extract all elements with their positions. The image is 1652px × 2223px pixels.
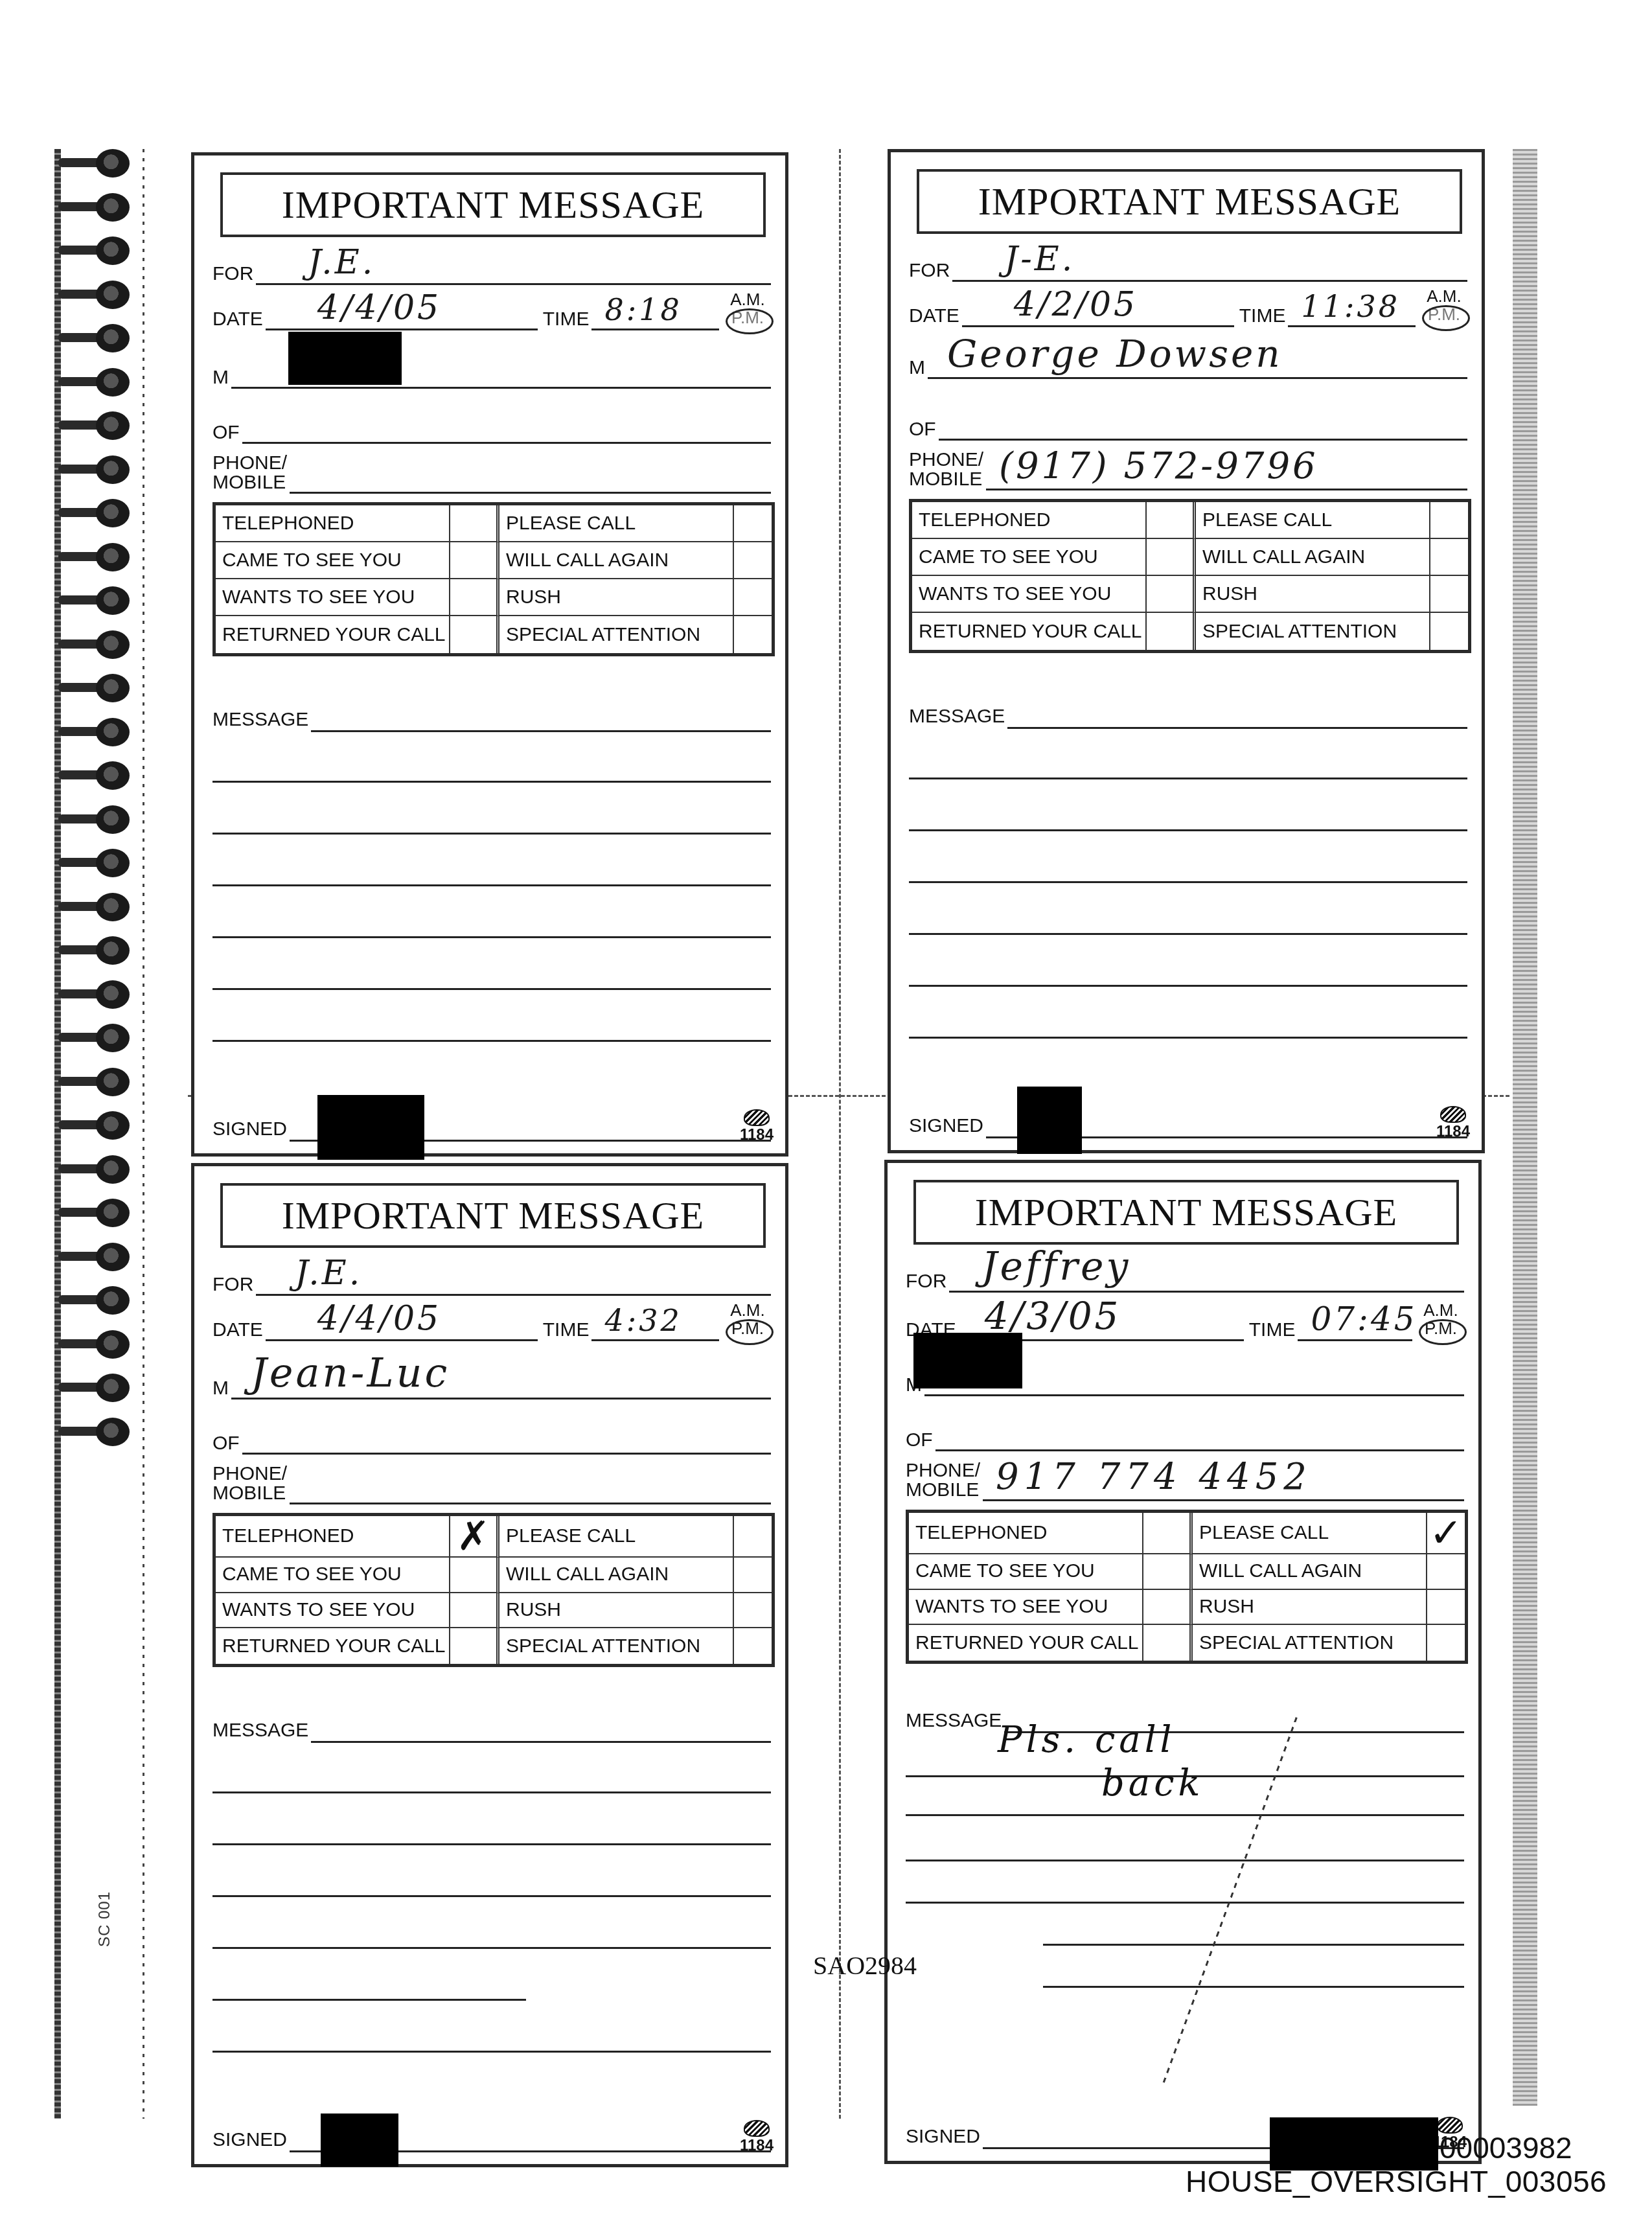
spiral-ring xyxy=(58,1374,136,1399)
spiral-ring xyxy=(58,236,136,262)
checkbox-table: TELEPHONEDPLEASE CALLCAME TO SEE YOUWILL… xyxy=(909,499,1471,653)
title-box: IMPORTANT MESSAGE xyxy=(913,1180,1459,1245)
phone-field: PHONE/MOBILE xyxy=(212,447,771,494)
check-mark-icon: ✓ xyxy=(1429,1513,1463,1553)
checkbox-label: PLEASE CALL xyxy=(1196,502,1430,539)
spiral-ring xyxy=(58,586,136,612)
checkbox-label: WILL CALL AGAIN xyxy=(1193,1554,1427,1590)
message-field: MESSAGE xyxy=(212,1710,771,1743)
checkbox-came-to-see-you[interactable] xyxy=(1147,539,1196,576)
checkbox-label: SPECIAL ATTENTION xyxy=(499,1628,734,1664)
message-field: MESSAGE xyxy=(909,697,1467,729)
of-field: OF xyxy=(212,405,771,444)
checkbox-telephoned[interactable] xyxy=(1147,502,1196,539)
phone-value: (917) 572-9796 xyxy=(999,445,1318,487)
spiral-ring xyxy=(58,1024,136,1050)
checkbox-label: RETURNED YOUR CALL xyxy=(912,613,1147,650)
spiral-binding xyxy=(52,149,149,2119)
checkbox-label: WILL CALL AGAIN xyxy=(499,542,734,579)
checkbox-came-to-see-you[interactable] xyxy=(1143,1554,1193,1590)
time-value: 07:45 xyxy=(1311,1300,1417,1338)
message-text-line-2: back xyxy=(1101,1762,1204,1804)
message-line xyxy=(909,933,1467,935)
checkbox-label: RUSH xyxy=(1193,1590,1427,1626)
message-line xyxy=(212,781,771,783)
x-mark-icon: ✗ xyxy=(457,1516,490,1556)
spiral-ring xyxy=(58,1243,136,1269)
spiral-ring xyxy=(58,281,136,306)
checkbox-label: CAME TO SEE YOU xyxy=(909,1554,1143,1590)
of-field: OF xyxy=(212,1416,771,1455)
spiral-ring xyxy=(58,543,136,569)
for-field: FOR J.E. xyxy=(212,1257,771,1296)
spiral-ring xyxy=(58,1155,136,1181)
of-field: OF xyxy=(909,402,1467,441)
pm-circle xyxy=(726,308,774,334)
checkbox-label: TELEPHONED xyxy=(216,505,450,542)
phone-field: PHONE/MOBILE917 774 4452 xyxy=(906,1455,1464,1501)
checkbox-label: WANTS TO SEE YOU xyxy=(909,1590,1143,1626)
of-field: OF xyxy=(906,1412,1464,1451)
checkbox-label: TELEPHONED xyxy=(216,1516,450,1558)
message-line xyxy=(909,829,1467,831)
redaction-signed xyxy=(321,2114,398,2167)
redaction-signed xyxy=(1017,1087,1082,1154)
spiral-ring xyxy=(58,1286,136,1312)
slip-title: IMPORTANT MESSAGE xyxy=(975,1190,1398,1235)
checkbox-will-call-again[interactable] xyxy=(734,542,772,579)
spiral-ring xyxy=(58,149,136,175)
checkbox-wants-to-see-you[interactable] xyxy=(450,579,499,616)
for-field: FOR J.E. xyxy=(212,246,771,285)
redaction-from xyxy=(288,332,402,385)
checkbox-label: TELEPHONED xyxy=(909,1513,1143,1554)
date-time-field: DATE 4/4/05 TIME 8:18 A.M.P.M. xyxy=(212,292,771,330)
checkbox-will-call-again[interactable] xyxy=(734,1558,772,1593)
checkbox-label: CAME TO SEE YOU xyxy=(216,542,450,579)
checkbox-label: RETURNED YOUR CALL xyxy=(909,1625,1143,1661)
date-value: 4/4/05 xyxy=(317,288,441,327)
for-value: J.E. xyxy=(295,1254,362,1293)
bates-number-1: 00003982 xyxy=(1440,2130,1572,2165)
checkbox-please-call[interactable] xyxy=(1430,502,1468,539)
spiral-ring xyxy=(58,718,136,744)
message-line xyxy=(212,1791,771,1793)
from-field: M Jean-Luc xyxy=(212,1361,771,1399)
spiral-ring xyxy=(58,805,136,831)
message-line xyxy=(909,1037,1467,1039)
slip-title: IMPORTANT MESSAGE xyxy=(282,1193,705,1238)
publisher-logo-icon xyxy=(744,1109,770,1126)
checkbox-returned-your-call[interactable] xyxy=(1143,1625,1193,1661)
spiral-ring xyxy=(58,630,136,656)
checkbox-came-to-see-you[interactable] xyxy=(450,1558,499,1593)
spiral-ring xyxy=(58,455,136,481)
message-line xyxy=(212,1040,771,1042)
message-line xyxy=(906,1902,1464,1904)
message-field: MESSAGE xyxy=(906,1701,1464,1733)
spiral-ring xyxy=(58,1330,136,1356)
message-line xyxy=(212,936,771,938)
checkbox-please-call[interactable] xyxy=(734,1516,772,1558)
message-line xyxy=(1043,1986,1464,1988)
checkbox-label: SPECIAL ATTENTION xyxy=(1196,613,1430,650)
message-line xyxy=(212,1999,526,2001)
spiral-ring xyxy=(58,980,136,1006)
phone-field: PHONE/MOBILE xyxy=(212,1458,771,1504)
checkbox-telephoned[interactable] xyxy=(450,505,499,542)
message-line xyxy=(906,1860,1464,1861)
pm-circle xyxy=(1422,305,1470,331)
form-number: 1184 xyxy=(740,2120,774,2154)
title-box: IMPORTANT MESSAGE xyxy=(917,169,1462,234)
title-box: IMPORTANT MESSAGE xyxy=(220,172,766,237)
checkbox-label: WILL CALL AGAIN xyxy=(499,1558,734,1593)
checkbox-wants-to-see-you[interactable] xyxy=(450,1593,499,1629)
pm-circle xyxy=(1419,1319,1467,1345)
slip-title: IMPORTANT MESSAGE xyxy=(978,179,1401,224)
slip-title: IMPORTANT MESSAGE xyxy=(282,183,705,227)
signed-field: SIGNED xyxy=(212,2120,771,2152)
checkbox-label: WANTS TO SEE YOU xyxy=(912,576,1147,613)
date-time-field: DATE 4/4/05 TIME 4:32 A.M.P.M. xyxy=(212,1302,771,1341)
checkbox-wants-to-see-you[interactable] xyxy=(1143,1590,1193,1626)
from-value: George Dowsen xyxy=(947,332,1283,376)
message-slip-bottom-right: IMPORTANT MESSAGE FOR Jeffrey DATE 4/3/0… xyxy=(884,1160,1482,2164)
checkbox-please-call[interactable] xyxy=(734,505,772,542)
checkbox-came-to-see-you[interactable] xyxy=(450,542,499,579)
checkbox-label: RUSH xyxy=(1196,576,1430,613)
checkbox-label: TELEPHONED xyxy=(912,502,1147,539)
checkbox-rush[interactable] xyxy=(734,1593,772,1629)
spiral-ring xyxy=(58,893,136,919)
message-line xyxy=(212,884,771,886)
spiral-ring xyxy=(58,324,136,350)
form-number: 1184 xyxy=(740,1109,774,1143)
spiral-ring xyxy=(58,761,136,787)
page-edge-shading xyxy=(1513,149,1537,2106)
date-value: 4/2/05 xyxy=(1014,285,1138,324)
pm-circle xyxy=(726,1319,774,1345)
checkbox-special-attention[interactable] xyxy=(1430,613,1468,650)
checkbox-label: RETURNED YOUR CALL xyxy=(216,616,450,653)
document-stamp: SAO2984 xyxy=(813,1950,917,1981)
message-line xyxy=(906,1814,1464,1816)
checkbox-label: WANTS TO SEE YOU xyxy=(216,1593,450,1629)
time-value: 4:32 xyxy=(604,1303,682,1338)
message-slip-top-left: IMPORTANT MESSAGE FOR J.E. DATE 4/4/05 T… xyxy=(191,152,788,1157)
message-line xyxy=(212,1947,771,1949)
time-value: 11:38 xyxy=(1301,289,1400,324)
ampm-indicator: A.M.P.M. xyxy=(724,1301,771,1341)
checkbox-special-attention[interactable] xyxy=(734,1628,772,1664)
message-line xyxy=(212,1895,771,1897)
checkbox-returned-your-call[interactable] xyxy=(450,1628,499,1664)
checkbox-label: SPECIAL ATTENTION xyxy=(499,616,734,653)
checkbox-label: CAME TO SEE YOU xyxy=(912,539,1147,576)
spiral-ring xyxy=(58,499,136,525)
redaction-from xyxy=(913,1333,1022,1388)
spiral-ring xyxy=(58,193,136,219)
ampm-indicator: A.M.P.M. xyxy=(724,290,771,330)
message-line xyxy=(909,881,1467,883)
checkbox-returned-your-call[interactable] xyxy=(1147,613,1196,650)
phone-value: 917 774 4452 xyxy=(996,1456,1312,1498)
checkbox-label: PLEASE CALL xyxy=(499,505,734,542)
checkbox-label: RUSH xyxy=(499,579,734,616)
message-line xyxy=(909,985,1467,987)
checkbox-returned-your-call[interactable] xyxy=(450,616,499,653)
message-line xyxy=(212,1843,771,1845)
checkbox-table: TELEPHONEDPLEASE CALLCAME TO SEE YOUWILL… xyxy=(212,502,775,656)
checkbox-wants-to-see-you[interactable] xyxy=(1147,576,1196,613)
checkbox-will-call-again[interactable] xyxy=(1430,539,1468,576)
for-field: FOR J-E. xyxy=(909,243,1467,282)
bates-number-2: HOUSE_OVERSIGHT_003056 xyxy=(1186,2164,1607,2199)
checkbox-label: CAME TO SEE YOU xyxy=(216,1558,450,1593)
message-line xyxy=(212,833,771,835)
date-value: 4/3/05 xyxy=(985,1294,1121,1338)
form-number: 1184 xyxy=(1436,1106,1470,1140)
ampm-indicator: A.M.P.M. xyxy=(1421,287,1467,327)
checkbox-label: SPECIAL ATTENTION xyxy=(1193,1625,1427,1661)
checkbox-special-attention[interactable] xyxy=(734,616,772,653)
checkbox-please-call[interactable]: ✓ xyxy=(1427,1513,1465,1554)
spiral-ring xyxy=(58,1068,136,1094)
date-value: 4/4/05 xyxy=(317,1299,441,1338)
checkbox-will-call-again[interactable] xyxy=(1427,1554,1465,1590)
spiral-ring xyxy=(58,936,136,962)
publisher-logo-icon xyxy=(744,2120,770,2137)
checkbox-label: WANTS TO SEE YOU xyxy=(216,579,450,616)
from-value: Jean-Luc xyxy=(251,1349,450,1396)
checkbox-table: TELEPHONED✗PLEASE CALLCAME TO SEE YOUWIL… xyxy=(212,1513,775,1667)
message-line xyxy=(212,2051,771,2053)
checkbox-rush[interactable] xyxy=(1427,1590,1465,1626)
publisher-logo-icon xyxy=(1440,1106,1466,1123)
phone-field: PHONE/MOBILE(917) 572-9796 xyxy=(909,444,1467,490)
message-line xyxy=(1043,1944,1464,1946)
checkbox-rush[interactable] xyxy=(1430,576,1468,613)
spiral-ring xyxy=(58,1199,136,1225)
message-text-line-1: Pls. call xyxy=(998,1719,1176,1761)
signed-field: SIGNED xyxy=(909,1106,1467,1138)
message-line xyxy=(212,988,771,990)
spiral-ring xyxy=(58,368,136,394)
message-field: MESSAGE xyxy=(212,700,771,732)
checkbox-label: RETURNED YOUR CALL xyxy=(216,1628,450,1664)
checkbox-telephoned[interactable] xyxy=(1143,1513,1193,1554)
message-line xyxy=(909,777,1467,779)
for-field: FOR Jeffrey xyxy=(906,1254,1464,1293)
date-time-field: DATE 4/2/05 TIME 11:38 A.M.P.M. xyxy=(909,288,1467,327)
title-box: IMPORTANT MESSAGE xyxy=(220,1183,766,1248)
checkbox-special-attention[interactable] xyxy=(1427,1625,1465,1661)
checkbox-label: WILL CALL AGAIN xyxy=(1196,539,1430,576)
for-value: J.E. xyxy=(308,243,375,282)
signed-field: SIGNED xyxy=(212,1109,771,1142)
spiral-ring xyxy=(58,1111,136,1137)
ampm-indicator: A.M.P.M. xyxy=(1417,1301,1464,1341)
checkbox-label: RUSH xyxy=(499,1593,734,1629)
message-slip-top-right: IMPORTANT MESSAGE FOR J-E. DATE 4/2/05 T… xyxy=(888,149,1485,1153)
spiral-ring xyxy=(58,411,136,437)
checkbox-label: PLEASE CALL xyxy=(499,1516,734,1558)
spiral-ring xyxy=(58,1418,136,1444)
redaction-signed xyxy=(317,1095,424,1160)
from-field: M George Dowsen xyxy=(909,340,1467,379)
checkbox-rush[interactable] xyxy=(734,579,772,616)
checkbox-label: PLEASE CALL xyxy=(1193,1513,1427,1554)
message-slip-bottom-left: IMPORTANT MESSAGE FOR J.E. DATE 4/4/05 T… xyxy=(191,1163,788,2167)
checkbox-table: TELEPHONEDPLEASE CALL✓CAME TO SEE YOUWIL… xyxy=(906,1510,1468,1664)
checkbox-telephoned[interactable]: ✗ xyxy=(450,1516,499,1558)
cut-line-vertical xyxy=(839,149,841,2119)
for-value: J-E. xyxy=(1004,240,1075,279)
spiral-ring xyxy=(58,849,136,875)
spiral-ring xyxy=(58,674,136,700)
redaction-bates-prefix xyxy=(1270,2117,1438,2171)
spine-code: SC 001 xyxy=(96,1891,114,1947)
for-value: Jeffrey xyxy=(981,1244,1130,1289)
time-value: 8:18 xyxy=(604,292,682,327)
